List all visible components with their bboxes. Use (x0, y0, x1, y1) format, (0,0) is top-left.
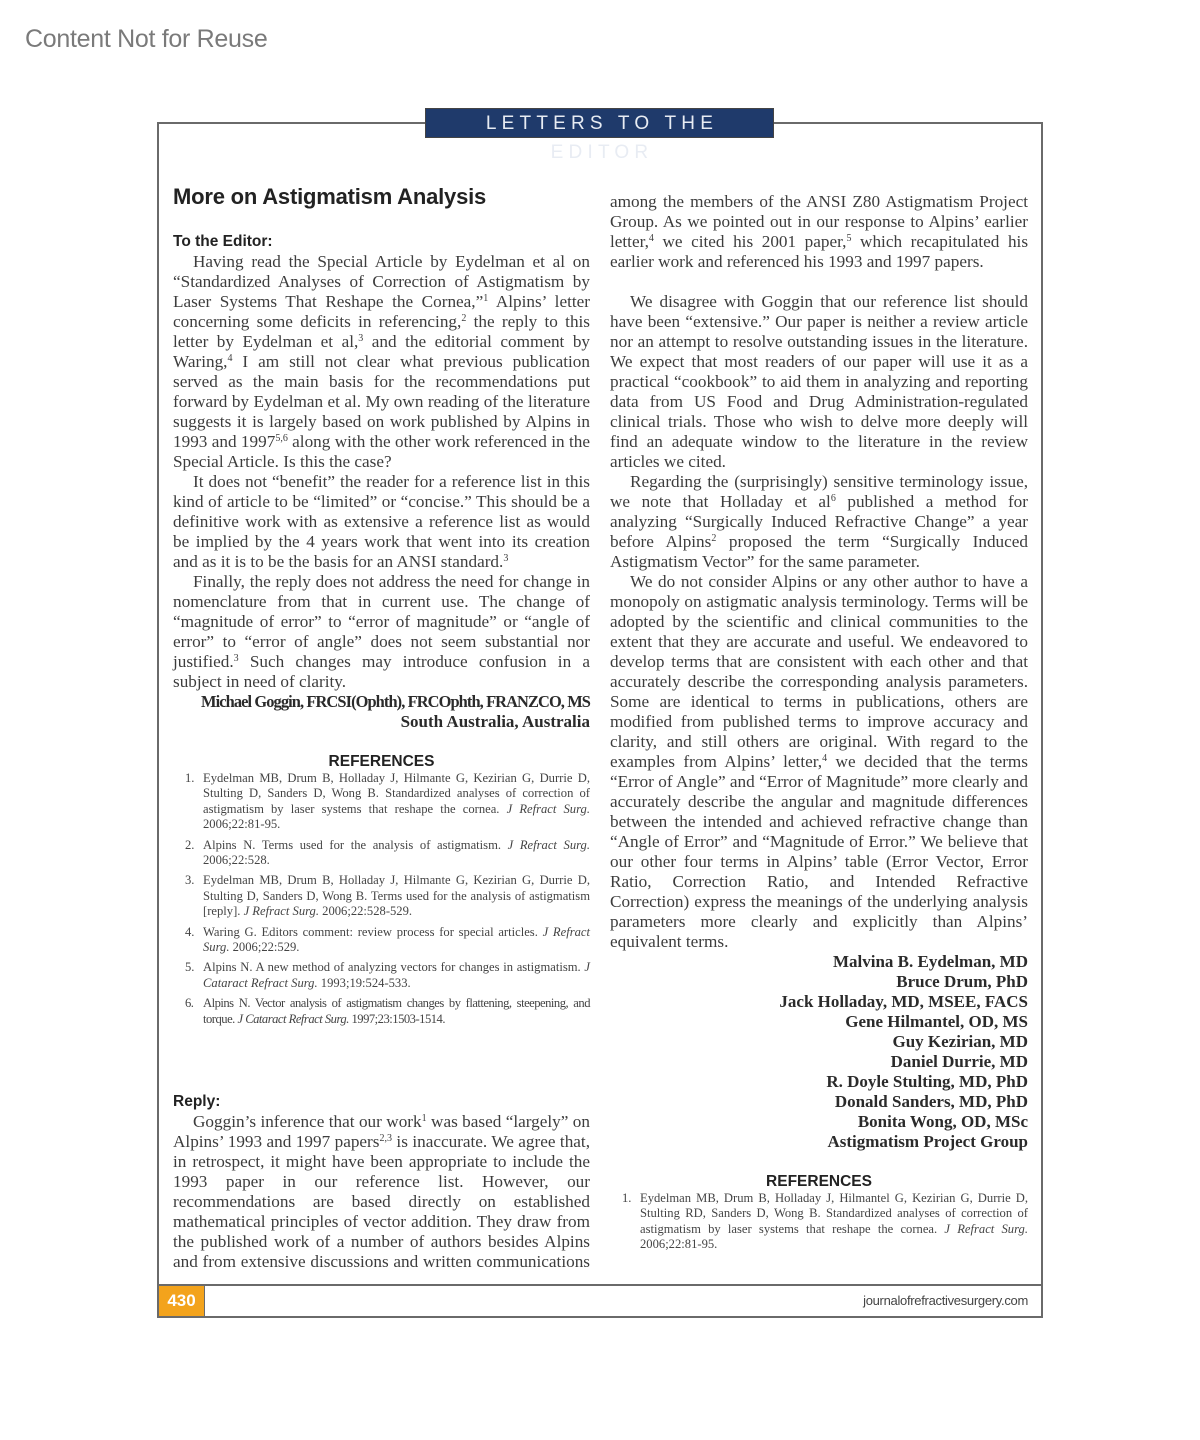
citation-superscript: 2,3 (379, 1133, 392, 1144)
citation-superscript: 5,6 (275, 433, 288, 444)
watermark-text: Content Not for Reuse (25, 25, 267, 54)
reply-references-list: 1.Eydelman MB, Drum B, Holladay J, Hilma… (610, 1191, 1028, 1253)
letter-paragraph: It does not “benefit” the reader for a r… (173, 472, 590, 572)
signatory: Bruce Drum, PhD (610, 972, 1028, 992)
signatory: Gene Hilmantel, OD, MS (610, 1012, 1028, 1032)
reply-paragraph: Regarding the (surprisingly) sensitive t… (610, 472, 1028, 572)
reply-paragraph: Goggin’s inference that our work1 was ba… (173, 1112, 590, 1274)
footer-divider (157, 1284, 1043, 1286)
letter-author-signature: Michael Goggin, FRCSI(Ophth), FRCOphth, … (173, 692, 590, 712)
reply-heading: Reply: (173, 1092, 590, 1112)
reference-item: 3.Eydelman MB, Drum B, Holladay J, Hilma… (173, 873, 590, 919)
right-column-body: We disagree with Goggin that our referen… (610, 292, 1028, 1258)
letter-author-location: South Australia, Australia (173, 712, 590, 732)
signatory: Malvina B. Eydelman, MD (610, 952, 1028, 972)
left-column: To the Editor: Having read the Special A… (173, 232, 590, 1032)
reference-item: 2.Alpins N. Terms used for the analysis … (173, 838, 590, 869)
signatory-group: Astigmatism Project Group (610, 1132, 1028, 1152)
reference-item: 1.Eydelman MB, Drum B, Holladay J, Hilma… (610, 1191, 1028, 1253)
reference-item: 6.Alpins N. Vector analysis of astigmati… (173, 996, 590, 1027)
reference-item: 4.Waring G. Editors comment: review proc… (173, 925, 590, 956)
signatory: Daniel Durrie, MD (610, 1052, 1028, 1072)
reply-paragraph: We do not consider Alpins or any other a… (610, 572, 1028, 952)
signatory: R. Doyle Stulting, MD, PhD (610, 1072, 1028, 1092)
references-heading: REFERENCES (173, 754, 590, 770)
letter-references-list: 1.Eydelman MB, Drum B, Holladay J, Hilma… (173, 771, 590, 1027)
letter-salutation: To the Editor: (173, 232, 590, 252)
journal-website: journalofrefractivesurgery.com (863, 1293, 1028, 1308)
citation-superscript: 3 (503, 553, 508, 564)
reference-item: 1.Eydelman MB, Drum B, Holladay J, Hilma… (173, 771, 590, 833)
reference-item: 5.Alpins N. A new method of analyzing ve… (173, 960, 590, 991)
right-column: Goggin’s inference that our work1 was ba… (610, 192, 1028, 272)
signatory: Bonita Wong, OD, MSc (610, 1112, 1028, 1132)
references-heading: REFERENCES (610, 1174, 1028, 1190)
signatory: Guy Kezirian, MD (610, 1032, 1028, 1052)
reply-paragraph: We disagree with Goggin that our referen… (610, 292, 1028, 472)
reply-signatories: Malvina B. Eydelman, MD Bruce Drum, PhD … (610, 952, 1028, 1152)
signatory: Jack Holladay, MD, MSEE, FACS (610, 992, 1028, 1012)
reply-paragraph-continued: Goggin’s inference that our work1 was ba… (610, 192, 1028, 272)
signatory: Donald Sanders, MD, PhD (610, 1092, 1028, 1112)
page-number-badge: 430 (159, 1286, 205, 1316)
letter-paragraph: Finally, the reply does not address the … (173, 572, 590, 692)
section-banner: LETTERS TO THE EDITOR (425, 108, 774, 138)
reply-start-column: Reply: Goggin’s inference that our work1… (173, 1092, 590, 1274)
letter-paragraph: Having read the Special Article by Eydel… (173, 252, 590, 472)
article-title: More on Astigmatism Analysis (173, 184, 486, 210)
